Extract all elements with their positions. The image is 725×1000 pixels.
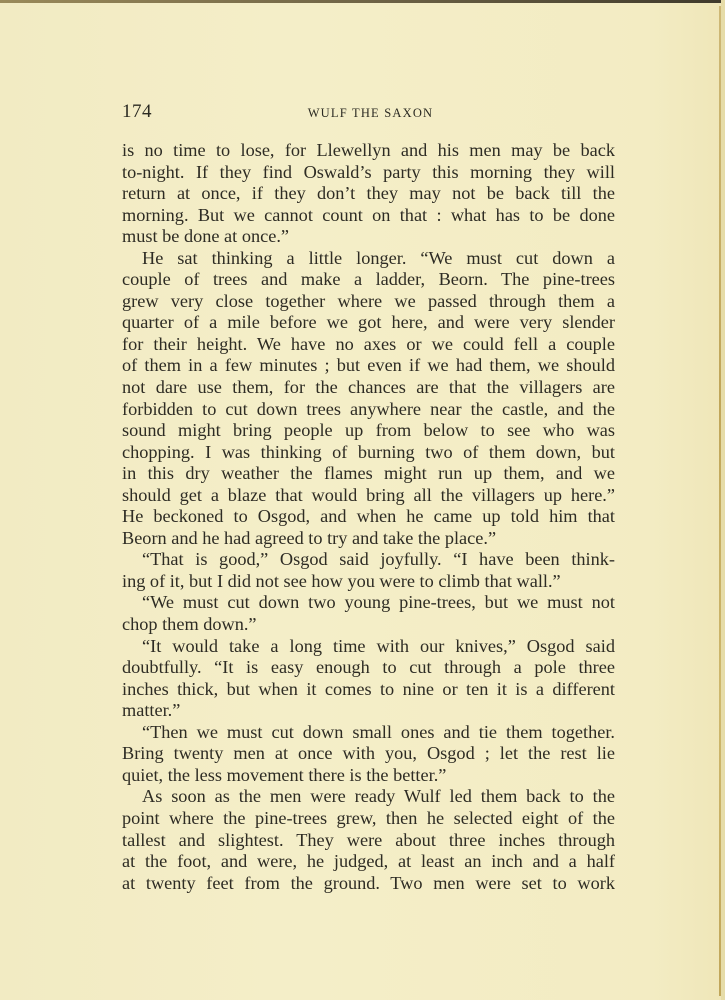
page-right-strip (721, 0, 725, 1000)
text-line: He sat thinking a little longer. “We mus… (122, 248, 615, 270)
text-line: doubtfully. “It is easy enough to cut th… (122, 657, 615, 679)
text-line: He beckoned to Osgod, and when he came u… (122, 506, 615, 528)
text-line: As soon as the men were ready Wulf led t… (122, 786, 615, 808)
text-line: should get a blaze that would bring all … (122, 485, 615, 507)
body-text: is no time to lose, for Llewellyn and hi… (122, 140, 615, 894)
text-line: must be done at once.” (122, 226, 615, 248)
text-line: inches thick, but when it comes to nine … (122, 679, 615, 701)
page-top-edge (0, 0, 725, 3)
text-line: at twenty feet from the ground. Two men … (122, 873, 615, 895)
text-line: “That is good,” Osgod said joyfully. “I … (122, 549, 615, 571)
text-line: Beorn and he had agreed to try and take … (122, 528, 615, 550)
text-line: couple of trees and make a ladder, Beorn… (122, 269, 615, 291)
text-line: “It would take a long time with our kniv… (122, 636, 615, 658)
text-line: at the foot, and were, he judged, at lea… (122, 851, 615, 873)
text-line: morning. But we cannot count on that : w… (122, 205, 615, 227)
text-line: ing of it, but I did not see how you wer… (122, 571, 615, 593)
page-right-edge-line (719, 6, 721, 996)
text-line: sound might bring people up from below t… (122, 420, 615, 442)
text-line: chop them down.” (122, 614, 615, 636)
text-line: of them in a few minutes ; but even if w… (122, 355, 615, 377)
text-line: for their height. We have no axes or we … (122, 334, 615, 356)
text-line: quarter of a mile before we got here, an… (122, 312, 615, 334)
text-line: not dare use them, for the chances are t… (122, 377, 615, 399)
text-line: quiet, the less movement there is the be… (122, 765, 615, 787)
text-line: to-night. If they find Oswald’s party th… (122, 162, 615, 184)
text-line: matter.” (122, 700, 615, 722)
text-line: grew very close together where we passed… (122, 291, 615, 313)
text-line: “We must cut down two young pine-trees, … (122, 592, 615, 614)
text-line: chopping. I was thinking of burning two … (122, 442, 615, 464)
text-line: tallest and slightest. They were about t… (122, 830, 615, 852)
text-line: Bring twenty men at once with you, Osgod… (122, 743, 615, 765)
text-line: return at once, if they don’t they may n… (122, 183, 615, 205)
page-header: 174 WULF THE SAXON (122, 101, 619, 123)
running-head: WULF THE SAXON (122, 106, 619, 121)
text-line: forbidden to cut down trees anywhere nea… (122, 399, 615, 421)
text-line: point where the pine-trees grew, then he… (122, 808, 615, 830)
text-line: is no time to lose, for Llewellyn and hi… (122, 140, 615, 162)
text-line: in this dry weather the flames might run… (122, 463, 615, 485)
text-line: “Then we must cut down small ones and ti… (122, 722, 615, 744)
book-page: 174 WULF THE SAXON is no time to lose, f… (0, 0, 725, 1000)
